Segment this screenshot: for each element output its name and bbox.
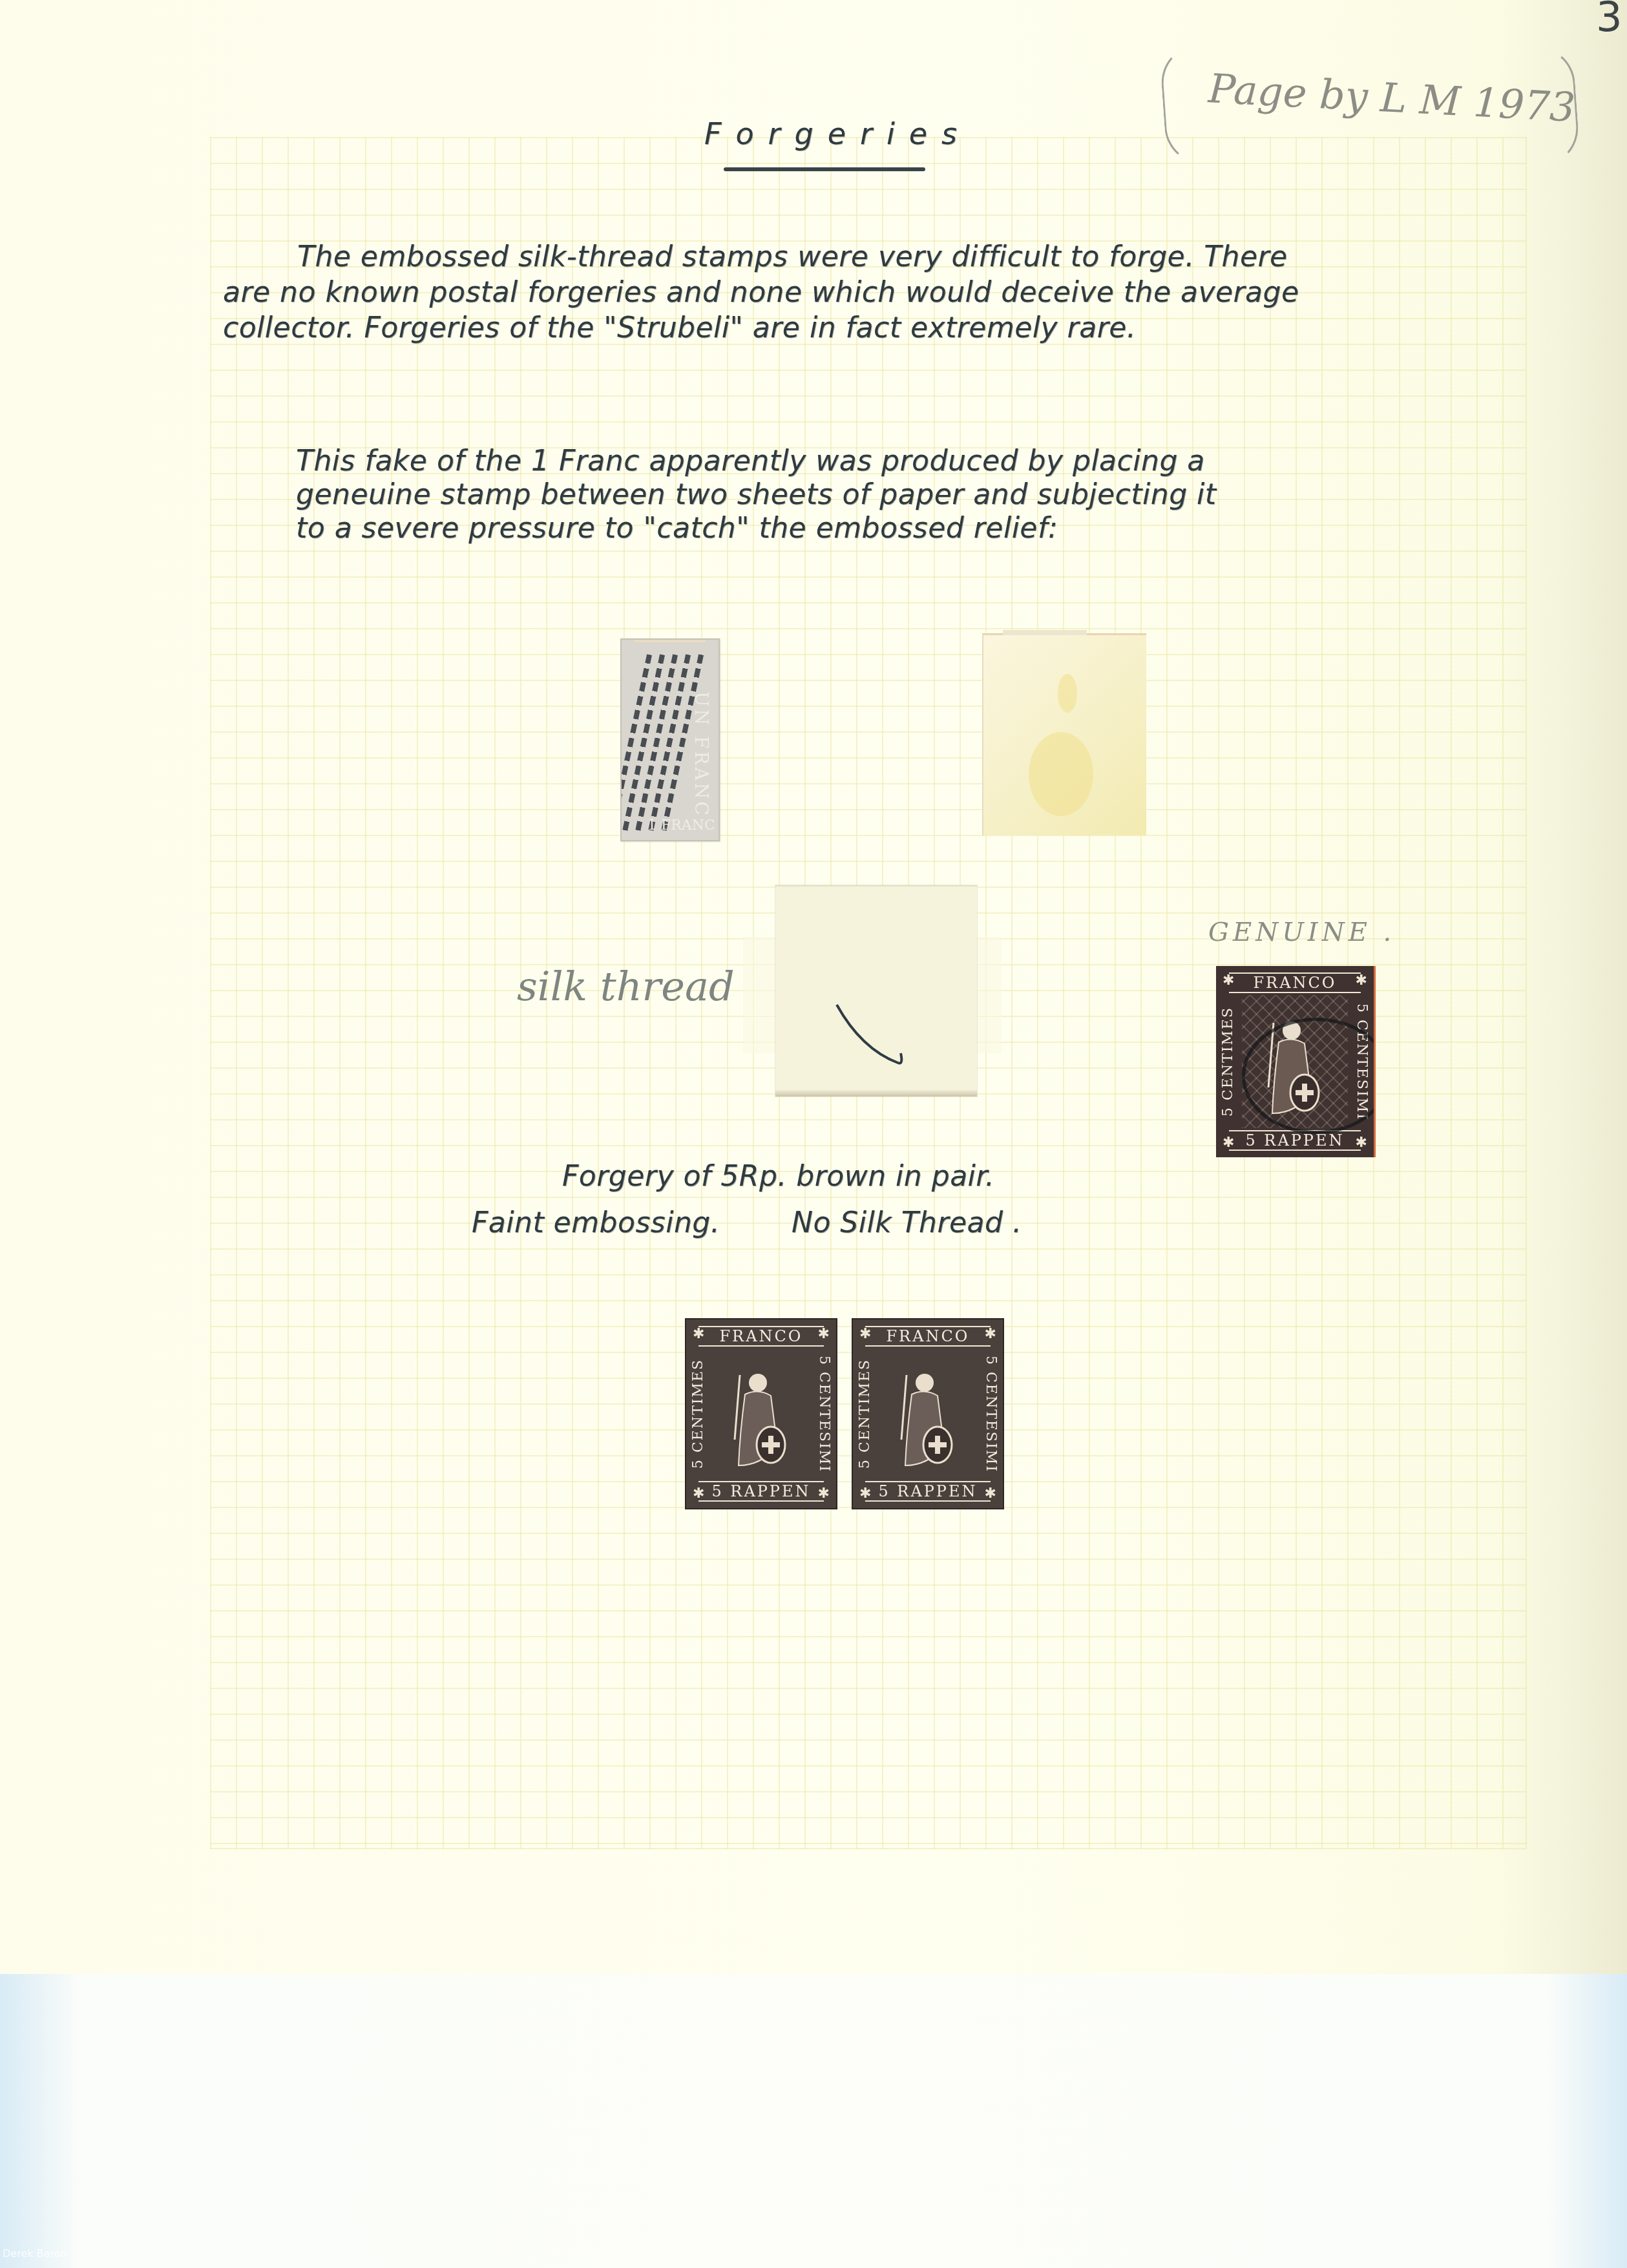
fake-note-line-1: This fake of the 1 Franc apparently was … xyxy=(296,445,1205,478)
page-number: 3 xyxy=(1596,0,1622,41)
intro-line-2: are no known postal forgeries and none w… xyxy=(223,276,1299,309)
forgery-caption-no-silk-thread: No Silk Thread . xyxy=(792,1206,1022,1239)
pencil-note-text: Page by L M 1973 xyxy=(1207,65,1576,131)
cancel-bar xyxy=(620,654,652,832)
stamp-left-text: 5 CENTIMES xyxy=(690,1352,706,1476)
stamp-top-text: FRANCO xyxy=(1229,972,1361,993)
stamp-right-text: 5 CENTESIMI xyxy=(816,1352,832,1476)
stamp-bottom-text: 5 RAPPEN xyxy=(865,1481,991,1502)
intro-line-1: The embossed silk-thread stamps were ver… xyxy=(297,240,1288,273)
scanner-watermark: Derek Baron xyxy=(3,2247,67,2260)
forgery-caption-faint-embossing: Faint embossing. xyxy=(472,1206,720,1239)
silk-thread-icon xyxy=(834,1002,918,1073)
stamp-right-text: 5 CENTESIMI xyxy=(983,1352,999,1476)
fake-stamp-reverse xyxy=(982,633,1146,835)
forgery-caption-line-1: Forgery of 5Rp. brown in pair. xyxy=(562,1160,994,1193)
helvetia-figure-icon xyxy=(726,1369,797,1478)
stamp-left-text: 5 CENTIMES xyxy=(1220,998,1236,1125)
forged-5-rappen-stamp-right: ✱ ✱ ✱ ✱ FRANCO 5 CENTIMES 5 CENTESIMI 5 … xyxy=(852,1318,1004,1509)
stamp-bottom-text: 5 RAPPEN xyxy=(1229,1130,1361,1151)
pencil-note: Page by L M 1973 xyxy=(1163,45,1577,168)
genuine-5-rappen-stamp: ✱ ✱ ✱ ✱ FRANCO 5 CENTIMES 5 CENTESIMI 5 … xyxy=(1216,966,1376,1157)
stain xyxy=(1029,732,1093,816)
scan-background xyxy=(0,1974,1627,2268)
close-paren xyxy=(1532,44,1581,167)
stamp-hinge xyxy=(1003,630,1087,635)
open-paren xyxy=(1159,44,1208,167)
stamp-left-text: 5 CENTIMES xyxy=(857,1352,873,1476)
silk-thread-label: silk thread xyxy=(517,963,735,1010)
stamp-hinge xyxy=(635,638,706,642)
stamp-bottom-text: 1 FRANC xyxy=(647,817,715,834)
forged-5-rappen-stamp-left: ✱ ✱ ✱ ✱ FRANCO 5 CENTIMES 5 CENTESIMI 5 … xyxy=(685,1318,837,1509)
stain xyxy=(1058,674,1077,713)
fake-1-franc-stamp-front: UN FRANC 1 FRANC xyxy=(620,638,720,841)
stamp-frame-text: UN FRANC xyxy=(691,691,712,818)
stamp-top-text: FRANCO xyxy=(865,1326,991,1347)
fake-note-line-3: to a severe pressure to "catch" the embo… xyxy=(296,512,1058,545)
helvetia-figure-icon xyxy=(892,1369,963,1478)
stamp-top-text: FRANCO xyxy=(698,1326,824,1347)
title-underline xyxy=(724,167,925,171)
fake-note-line-2: geneuine stamp between two sheets of pap… xyxy=(296,478,1217,511)
page-title: Forgeries xyxy=(704,116,971,151)
stamp-bottom-text: 5 RAPPEN xyxy=(698,1481,824,1502)
genuine-label: GENUINE . xyxy=(1208,918,1395,947)
intro-line-3: collector. Forgeries of the "Strubeli" a… xyxy=(223,311,1136,344)
